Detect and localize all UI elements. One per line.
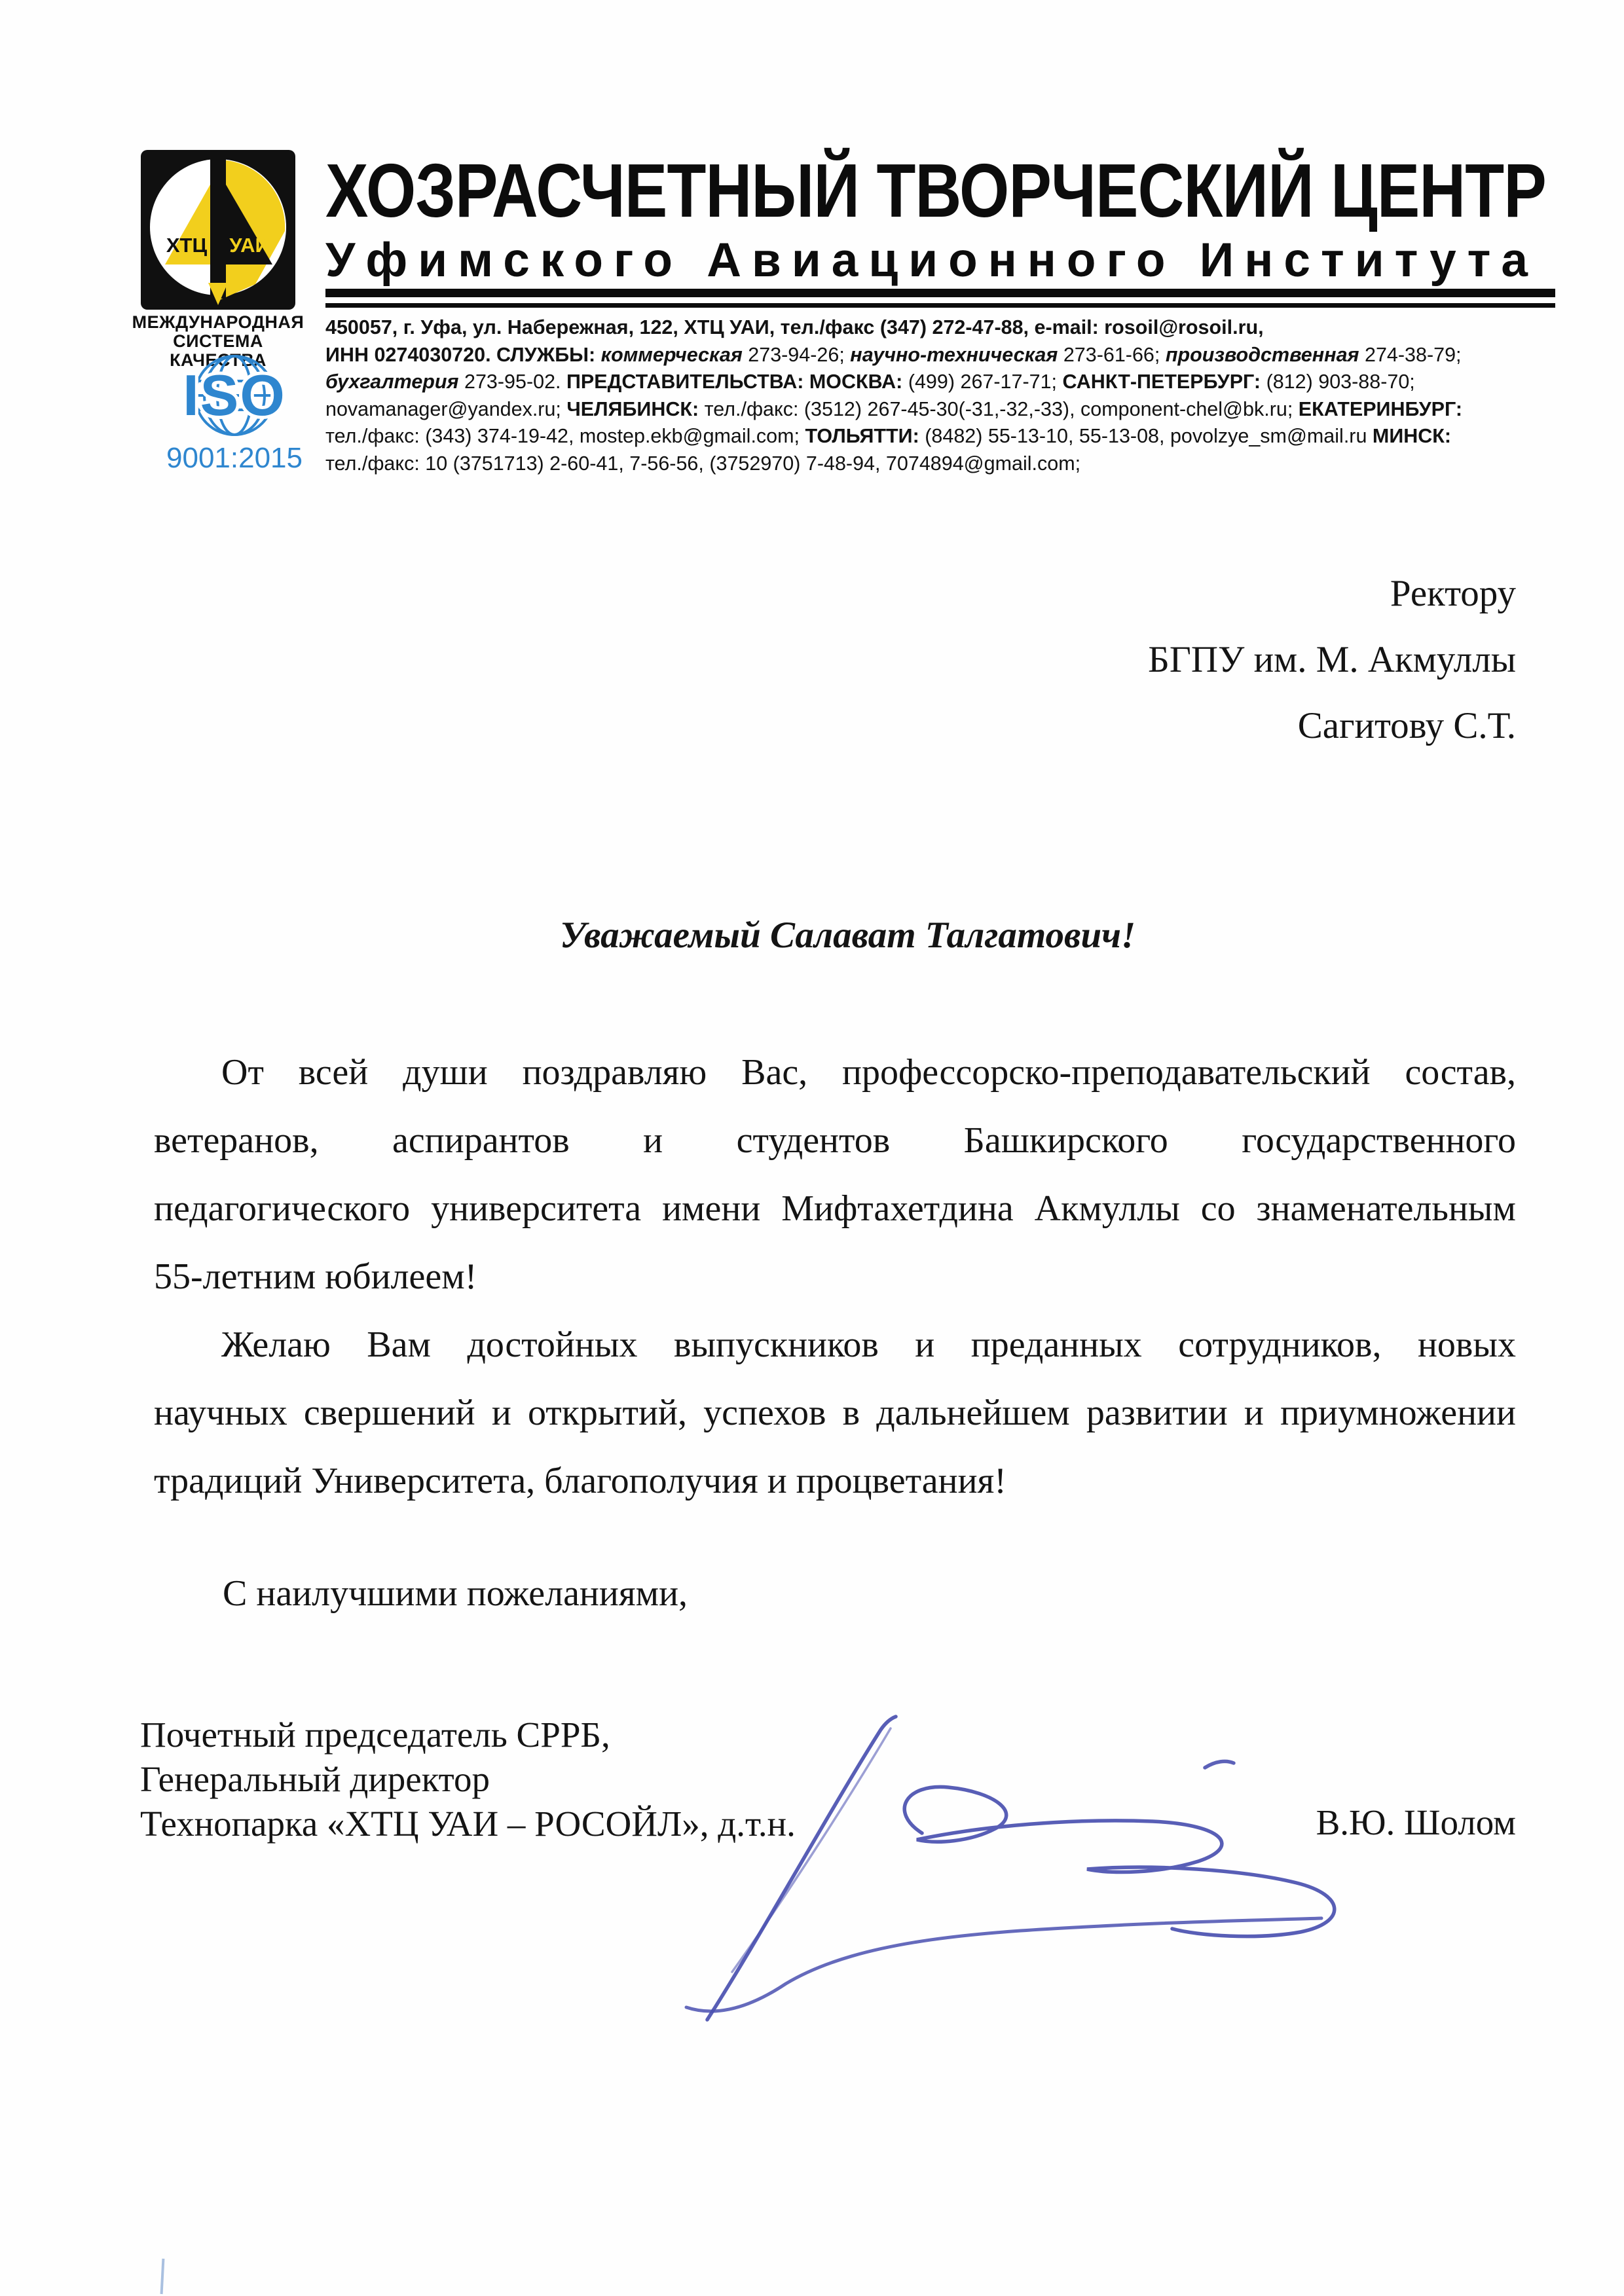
contact-text: научно-техническая [850,344,1063,366]
contact-text: МИНСК: [1373,425,1451,447]
contact-line: бухгалтерия 273-95-02. ПРЕДСТАВИТЕЛЬСТВА… [325,369,1537,396]
contact-text: 273-94-26; [748,344,850,366]
contact-text: (499) 267-17-71; [908,371,1063,393]
contact-line: novamanager@yandex.ru; ЧЕЛЯБИНСК: тел./ф… [325,396,1537,424]
body-line: Желаю Вам достойных выпускников и предан… [154,1311,1516,1379]
contact-text: 274-38-79; [1365,344,1462,366]
contact-text: novamanager@yandex.ru; [325,398,566,420]
contact-text: ПРЕДСТАВИТЕЛЬСТВА: МОСКВА: [566,371,908,393]
body-paragraph-1: От всей души поздравляю Вас, профессорск… [154,1038,1516,1311]
contact-text: САНКТ-ПЕТЕРБУРГ: [1063,371,1266,393]
body-paragraph-2: Желаю Вам достойных выпускников и предан… [154,1311,1516,1515]
body-line: педагогического университета имени Мифта… [154,1175,1516,1243]
contact-text: коммерческая [601,344,748,366]
pen-mark-artifact [160,2259,165,2294]
contact-line: 450057, г. Уфа, ул. Набережная, 122, ХТЦ… [325,314,1537,342]
iso-standard-text: 9001:2015 [166,442,303,473]
closing-phrase: С наилучшими пожеланиями, [223,1573,688,1614]
org-contact-block: 450057, г. Уфа, ул. Набережная, 122, ХТЦ… [325,314,1537,477]
contact-line: ИНН 0274030720. СЛУЖБЫ: коммерческая 273… [325,342,1537,369]
contact-text: 273-61-66; [1063,344,1166,366]
contact-text: 450057, г. Уфа, ул. Набережная, 122, ХТЦ… [325,316,1264,338]
body-line: традиций Университета, благополучия и пр… [154,1447,1516,1515]
body-line: научных свершений и открытий, успехов в … [154,1379,1516,1447]
contact-text: (8482) 55-13-10, 55-13-08, povolzye_sm@m… [925,425,1373,447]
org-title: ХОЗРАСЧЕТНЫЙ ТВОРЧЕСКИЙ ЦЕНТР [325,152,1365,229]
contact-text: ИНН 0274030720. СЛУЖБЫ: [325,344,601,366]
contact-text: тел./факс: (3512) 267-45-30(-31,-32,-33)… [705,398,1299,420]
recipient-organization: БГПУ им. М. Акмуллы [154,627,1516,693]
contact-line: тел./факс: (343) 374-19-42, mostep.ekb@g… [325,423,1537,450]
contact-text: бухгалтерия [325,371,464,393]
contact-text: ТОЛЬЯТТИ: [805,425,925,447]
contact-text: 273-95-02. [464,371,566,393]
quality-line-1: МЕЖДУНАРОДНАЯ [131,313,305,332]
org-subtitle: Уфимского Авиационного Института [325,234,1555,287]
letterhead: ХОЗРАСЧЕТНЫЙ ТВОРЧЕСКИЙ ЦЕНТР Уфимского … [325,152,1555,287]
signature-autograph [655,1683,1388,2049]
header-rule-thin [325,303,1555,308]
htc-uai-logo: ХТЦ УАИ [140,149,296,310]
signature-underline [686,1918,1321,2011]
body-line: ветеранов, аспирантов и студентов Башкир… [154,1106,1516,1175]
signature-dash [1205,1761,1234,1768]
recipient-position: Ректору [154,560,1516,627]
contact-text: (812) 903-88-70; [1266,371,1415,393]
signature-stem-2 [732,1728,891,1972]
contact-text: ЕКАТЕРИНБУРГ: [1299,398,1462,420]
signature-loops [904,1787,1335,1936]
letter-page: ХТЦ УАИ ХОЗРАСЧЕТНЫЙ ТВОРЧЕСКИЙ ЦЕНТР Уф… [0,0,1624,2296]
salutation: Уважаемый Салават Талгатович! [560,914,1135,957]
contact-text: ЧЕЛЯБИНСК: [566,398,704,420]
contact-text: производственная [1166,344,1365,366]
contact-line: тел./факс: 10 (3751713) 2-60-41, 7-56-56… [325,450,1537,478]
logo-text-uai: УАИ [229,234,270,257]
logo-fuselage [210,158,226,299]
iso-text: ISO [183,363,286,428]
body-line: От всей души поздравляю Вас, профессорск… [154,1038,1516,1106]
logo-text-htc: ХТЦ [166,234,208,257]
header-rule-thick [325,289,1555,297]
contact-text: тел./факс: 10 (3751713) 2-60-41, 7-56-56… [325,452,1080,475]
recipient-block: Ректору БГПУ им. М. Акмуллы Сагитову С.Т… [154,560,1516,759]
iso-9001-badge: ISO 9001:2015 [162,355,306,473]
recipient-name: Сагитову С.Т. [154,693,1516,759]
contact-text: тел./факс: (343) 374-19-42, mostep.ekb@g… [325,425,805,447]
body-line: 55-летним юбилеем! [154,1243,1516,1311]
